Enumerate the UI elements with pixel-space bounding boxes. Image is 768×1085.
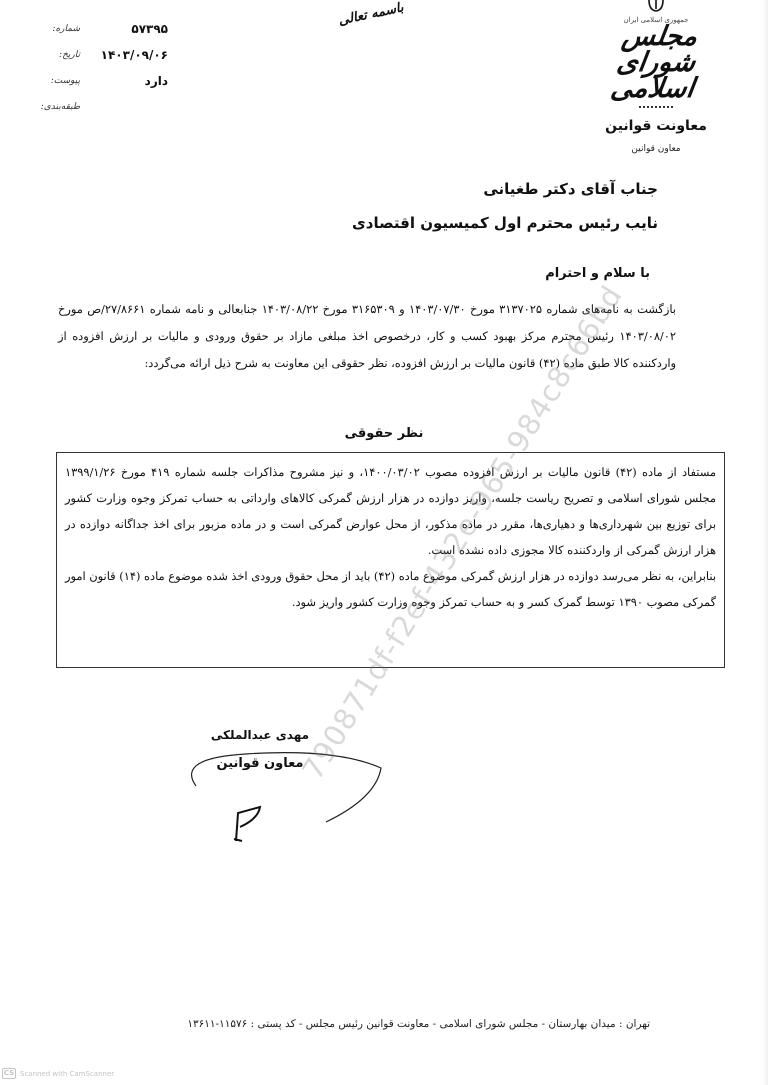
footer-address: تهران : میدان بهارستان - مجلس شورای اسلا…	[110, 1018, 650, 1030]
logo-calligraphy: مجلس شورای اسلامی	[583, 24, 730, 102]
department-subtitle: معاون قوانین	[588, 144, 724, 154]
meta-label: شماره:	[40, 24, 80, 34]
emblem-icon	[645, 0, 667, 12]
legal-opinion-box: مستفاد از ماده (۴۲) قانون مالیات بر ارزش…	[56, 452, 725, 668]
document-page: جمهوری اسلامی ایران مجلس شورای اسلامی مع…	[0, 0, 768, 1085]
legal-paragraph: بنابراین، به نظر می‌رسد دوازده در هزار ا…	[65, 563, 716, 615]
meta-value: ۱۴۰۳/۰۹/۰۶	[80, 48, 190, 62]
meta-label: پیوست:	[40, 76, 80, 86]
addressee-name: جناب آقای دکتر طغیانی	[258, 172, 658, 206]
handwritten-signature	[230, 805, 270, 845]
signature-block: مهدی عبدالملکی معاون قوانین	[180, 728, 340, 771]
cc-icon: CS	[2, 1068, 16, 1079]
meta-value: ۵۷۳۹۵	[80, 22, 190, 36]
meta-attachment: پیوست: دارد	[40, 68, 190, 94]
meta-number: شماره: ۵۷۳۹۵	[40, 16, 190, 42]
meta-label: تاریخ:	[40, 50, 80, 60]
scanner-badge: CS Scanned with CamScanner	[2, 1068, 114, 1079]
section-title: نظر حقوقی	[0, 426, 768, 441]
scanner-label: Scanned with CamScanner	[20, 1070, 114, 1078]
invocation: باسمه تعالی	[335, 1, 406, 28]
greeting: با سلام و احترام	[545, 266, 650, 281]
meta-date: تاریخ: ۱۴۰۳/۰۹/۰۶	[40, 42, 190, 68]
letterhead-logo: جمهوری اسلامی ایران مجلس شورای اسلامی مع…	[588, 0, 724, 154]
legal-paragraph: مستفاد از ماده (۴۲) قانون مالیات بر ارزش…	[65, 459, 716, 563]
meta-classification: طبقه‌بندی:	[40, 94, 190, 120]
signatory-title: معاون قوانین	[180, 756, 340, 771]
meta-value: دارد	[80, 74, 190, 88]
addressee-title: نایب رئیس محترم اول کمیسیون اقتصادی	[258, 206, 658, 240]
signatory-name: مهدی عبدالملکی	[180, 728, 340, 742]
body-paragraph: بازگشت به نامه‌های شماره ۳۱۳۷۰۲۵ مورخ ۱۴…	[58, 296, 676, 377]
addressee: جناب آقای دکتر طغیانی نایب رئیس محترم او…	[258, 172, 658, 240]
meta-label: طبقه‌بندی:	[40, 102, 80, 112]
logo-divider	[639, 106, 673, 108]
department-title: معاونت قوانین	[588, 118, 724, 134]
letter-meta: شماره: ۵۷۳۹۵ تاریخ: ۱۴۰۳/۰۹/۰۶ پیوست: دا…	[40, 16, 190, 120]
